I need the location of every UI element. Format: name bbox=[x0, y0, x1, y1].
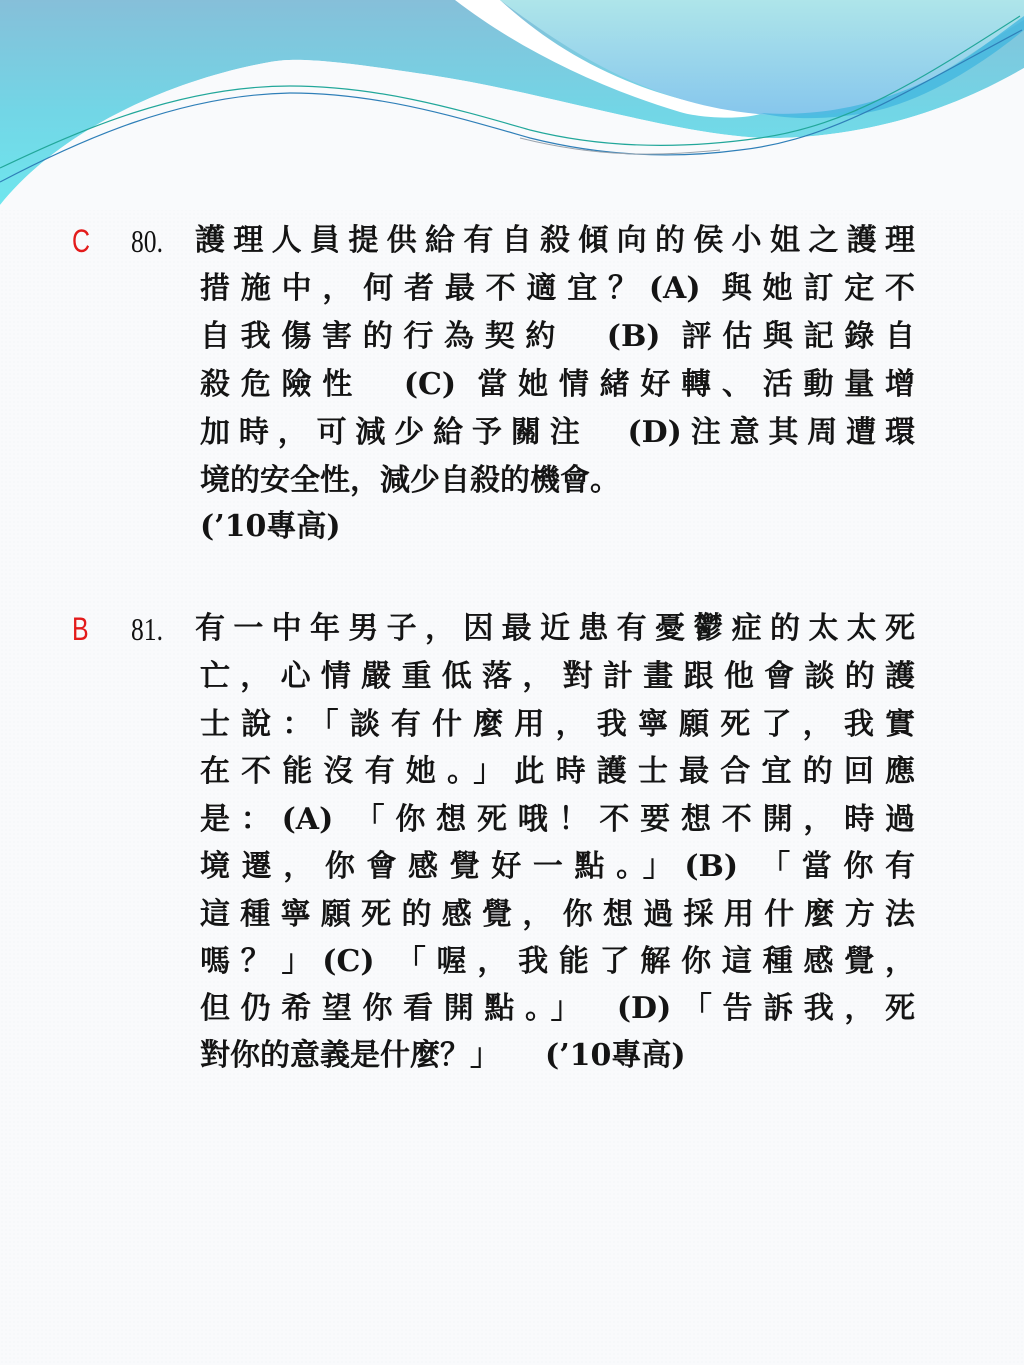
answer-key: C bbox=[72, 217, 90, 265]
question-text-line: 殺危險性 (C) 當她情緒好轉、活動量增 bbox=[200, 361, 915, 409]
header-wave-decoration bbox=[0, 0, 1024, 210]
question-text-line: 嗎？」(C) 「喔，我能了解你這種感覺， bbox=[200, 938, 915, 986]
question-text-line: 境遷，你會感覺好一點。」(B) 「當你有 bbox=[200, 843, 915, 891]
question-text-line: 境的安全性，減少自殺的機會。 bbox=[200, 457, 915, 505]
question-text-line: 有一中年男子，因最近患有憂鬱症的太太死 bbox=[195, 605, 915, 653]
question-text-line: 在不能沒有她。」此時護士最合宜的回應 bbox=[200, 748, 915, 796]
question-text-line: 措施中，何者最不適宜？(A) 與她訂定不 bbox=[200, 265, 915, 313]
question-text-line: 這種寧願死的感覺，你想過採用什麼方法 bbox=[200, 891, 915, 939]
question-text-line: 自我傷害的行為契約 (B) 評估與記錄自 bbox=[200, 313, 915, 361]
question-source: (’10專高) bbox=[200, 503, 915, 551]
question-number: 80. bbox=[131, 217, 163, 265]
question-text-line: 對你的意義是什麼？」 (’10專高) bbox=[200, 1032, 915, 1080]
question-text-line: 加時，可減少給予關注 (D)注意其周遭環 bbox=[200, 409, 915, 457]
question-text-line: 是：(A) 「你想死哦！不要想不開，時過 bbox=[200, 796, 915, 844]
question-text-line: 亡，心情嚴重低落，對計畫跟他會談的護 bbox=[200, 653, 915, 701]
question-number: 81. bbox=[131, 605, 163, 653]
answer-key: B bbox=[72, 605, 89, 653]
question-text-line: 護理人員提供給有自殺傾向的侯小姐之護理 bbox=[195, 217, 915, 265]
question-text-line: 士說：「談有什麼用，我寧願死了，我實 bbox=[200, 701, 915, 749]
question-text-line: 但仍希望你看開點。」 (D)「告訴我，死 bbox=[200, 985, 915, 1033]
